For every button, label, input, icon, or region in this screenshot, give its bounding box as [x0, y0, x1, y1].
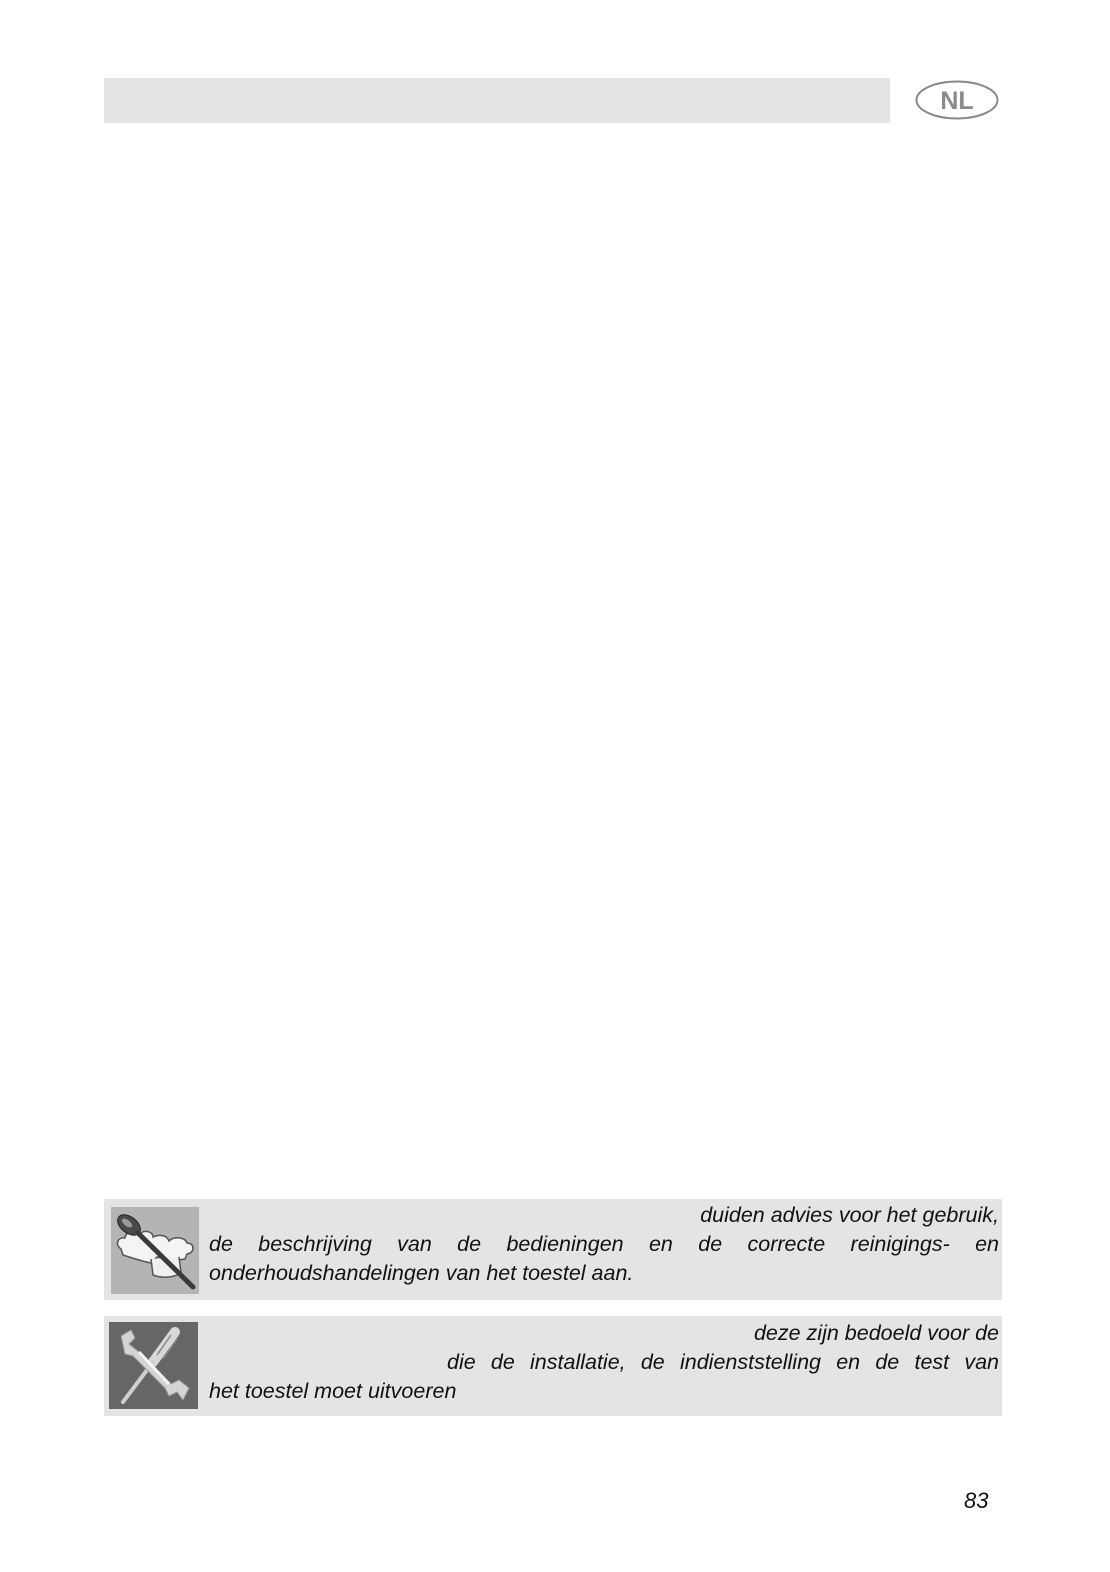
technician-note-text: deze zijn bedoeld voor de die de install… [209, 1319, 999, 1406]
language-badge-oval-icon: NL [915, 80, 999, 120]
svg-text:NL: NL [940, 87, 973, 115]
user-info-note: duiden advies voor het gebruik, de besch… [104, 1199, 1002, 1300]
note-line: deze zijn bedoeld voor de [209, 1319, 999, 1348]
note-line: die de installatie, de indienststelling … [209, 1348, 999, 1377]
note-line: onderhoudshandelingen van het toestel aa… [209, 1259, 999, 1288]
language-badge: NL [915, 80, 999, 120]
wrench-screwdriver-icon [109, 1322, 198, 1409]
note-line: het toestel moet uitvoeren [209, 1377, 999, 1406]
note-line: duiden advies voor het gebruik, [209, 1201, 999, 1230]
chef-spoon-icon [111, 1207, 199, 1294]
page-number: 83 [964, 1488, 988, 1514]
note-line: de beschrijving van de bedieningen en de… [209, 1230, 999, 1259]
user-note-text: duiden advies voor het gebruik, de besch… [209, 1201, 999, 1288]
technician-info-note: deze zijn bedoeld voor de die de install… [104, 1316, 1002, 1416]
header-bar [104, 78, 890, 123]
